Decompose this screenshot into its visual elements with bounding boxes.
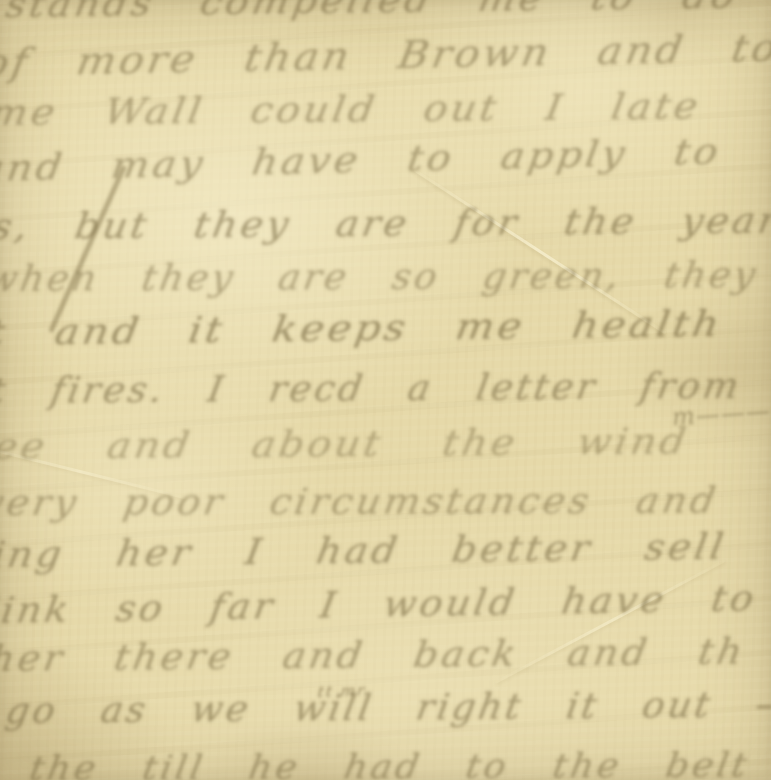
handwritten-line: go as we will right it out –: [3, 687, 771, 730]
handwritten-line: lee and about the wind: [0, 424, 691, 466]
handwriting-layer: stands compelled me to do of more than B…: [0, 0, 771, 780]
handwritten-line: stands compelled me to do: [3, 0, 740, 24]
handwritten-line: and may have to apply to: [0, 134, 723, 188]
letter-page: stands compelled me to do of more than B…: [0, 0, 771, 780]
handwritten-line: very poor circumstances and: [0, 484, 721, 522]
line-end-flourish: m———: [671, 397, 771, 432]
handwritten-line: s, but they are for the year: [0, 204, 771, 246]
handwritten-line: her there and back and th: [0, 635, 748, 678]
pen-stroke-flourish: [48, 165, 127, 333]
handwritten-line: t fires. I recd a letter from: [0, 369, 744, 410]
handwritten-line: t and it keeps me health: [0, 307, 725, 352]
handwritten-line: ing her I had better sell: [0, 530, 729, 574]
handwritten-line: link so far I would have to: [0, 581, 759, 630]
handwritten-line: of more than Brown and to: [0, 29, 771, 82]
handwritten-line: me Wall could out I late: [0, 89, 704, 132]
handwritten-line: when they are so green, they be: [0, 258, 771, 298]
interline-note: tt mr: [317, 681, 368, 701]
handwritten-line: the till he had to the belt: [27, 748, 752, 780]
